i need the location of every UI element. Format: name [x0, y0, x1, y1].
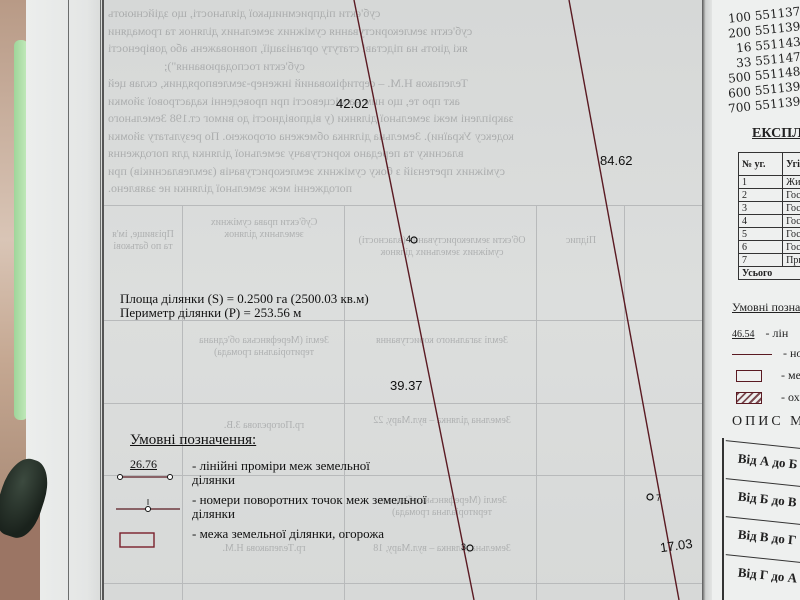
- table-row: 5Госп: [739, 228, 800, 241]
- document-page: суб'єкти підприємницької діяльності, що …: [102, 0, 704, 600]
- point-number: 7: [656, 493, 661, 503]
- legend-item: 26.76 - лінійні проміри меж земельної ді…: [114, 457, 474, 491]
- legend-text: - лінійні проміри меж земельної ділянки: [192, 459, 392, 487]
- explication-table: № уг.Угідд1Жит2Госп3Госп4Госп5Госп6Госп7…: [738, 152, 800, 280]
- right-legend-title: Умовні позна: [732, 300, 800, 315]
- legend-text: - номери поворотних точок меж земельної …: [192, 493, 452, 521]
- right-legend-item: - ох: [732, 390, 800, 405]
- point-number: 4: [406, 234, 411, 244]
- table-row: 1Жит: [739, 176, 800, 189]
- legend-title: Умовні позначення:: [130, 432, 474, 449]
- right-page: 100 551137200 55113916 55114333 55114750…: [712, 0, 800, 600]
- explication-header-row: № уг.Угідд: [739, 153, 800, 176]
- perimeter-label: Периметр ділянки (P) = 253.56 м: [120, 306, 369, 320]
- right-legend-item: - ме: [732, 368, 800, 383]
- table-total-row: Усього: [739, 267, 800, 280]
- hatched-area-icon: [736, 392, 762, 404]
- table-row: 7Приб: [739, 254, 800, 267]
- legend-text: - межа земельної ділянки, огорожа: [192, 527, 492, 541]
- area-label: Площа ділянки (S) = 0.2500 га (2500.03 к…: [120, 292, 369, 306]
- legend-item: - межа земельної ділянки, огорожа: [114, 525, 474, 559]
- table-row: 6Госп: [739, 241, 800, 254]
- dimension-label: 39.37: [390, 378, 423, 393]
- page-edge-line: [68, 0, 69, 600]
- turning-point-icon: [732, 354, 772, 355]
- turning-point-icon: [114, 495, 184, 517]
- description-title: ОПИС М: [732, 414, 800, 430]
- boundary-rect-icon: [114, 529, 184, 551]
- right-legend-item: - но: [732, 346, 800, 361]
- explication-title: ЕКСПЛІКАЦІЯ: [752, 126, 800, 142]
- dimension-label: 84.62: [600, 153, 633, 168]
- legend: Умовні позначення: 26.76 - лінійні промі…: [114, 432, 474, 559]
- table-row: 3Госп: [739, 202, 800, 215]
- table-row: 4Госп: [739, 215, 800, 228]
- boundary-segment-row: Від Г до А: [722, 554, 800, 600]
- table-row: 2Госп: [739, 189, 800, 202]
- plot-summary: Площа ділянки (S) = 0.2500 га (2500.03 к…: [120, 292, 369, 320]
- dimension-label: 42.02: [336, 96, 369, 111]
- legend-sample: 26.76: [130, 457, 157, 472]
- page-edge-line: [100, 0, 101, 600]
- right-legend-item: 46.54 - лін: [732, 326, 788, 341]
- legend-item: - номери поворотних точок меж земельної …: [114, 491, 474, 525]
- boundary-rect-icon: [736, 370, 762, 382]
